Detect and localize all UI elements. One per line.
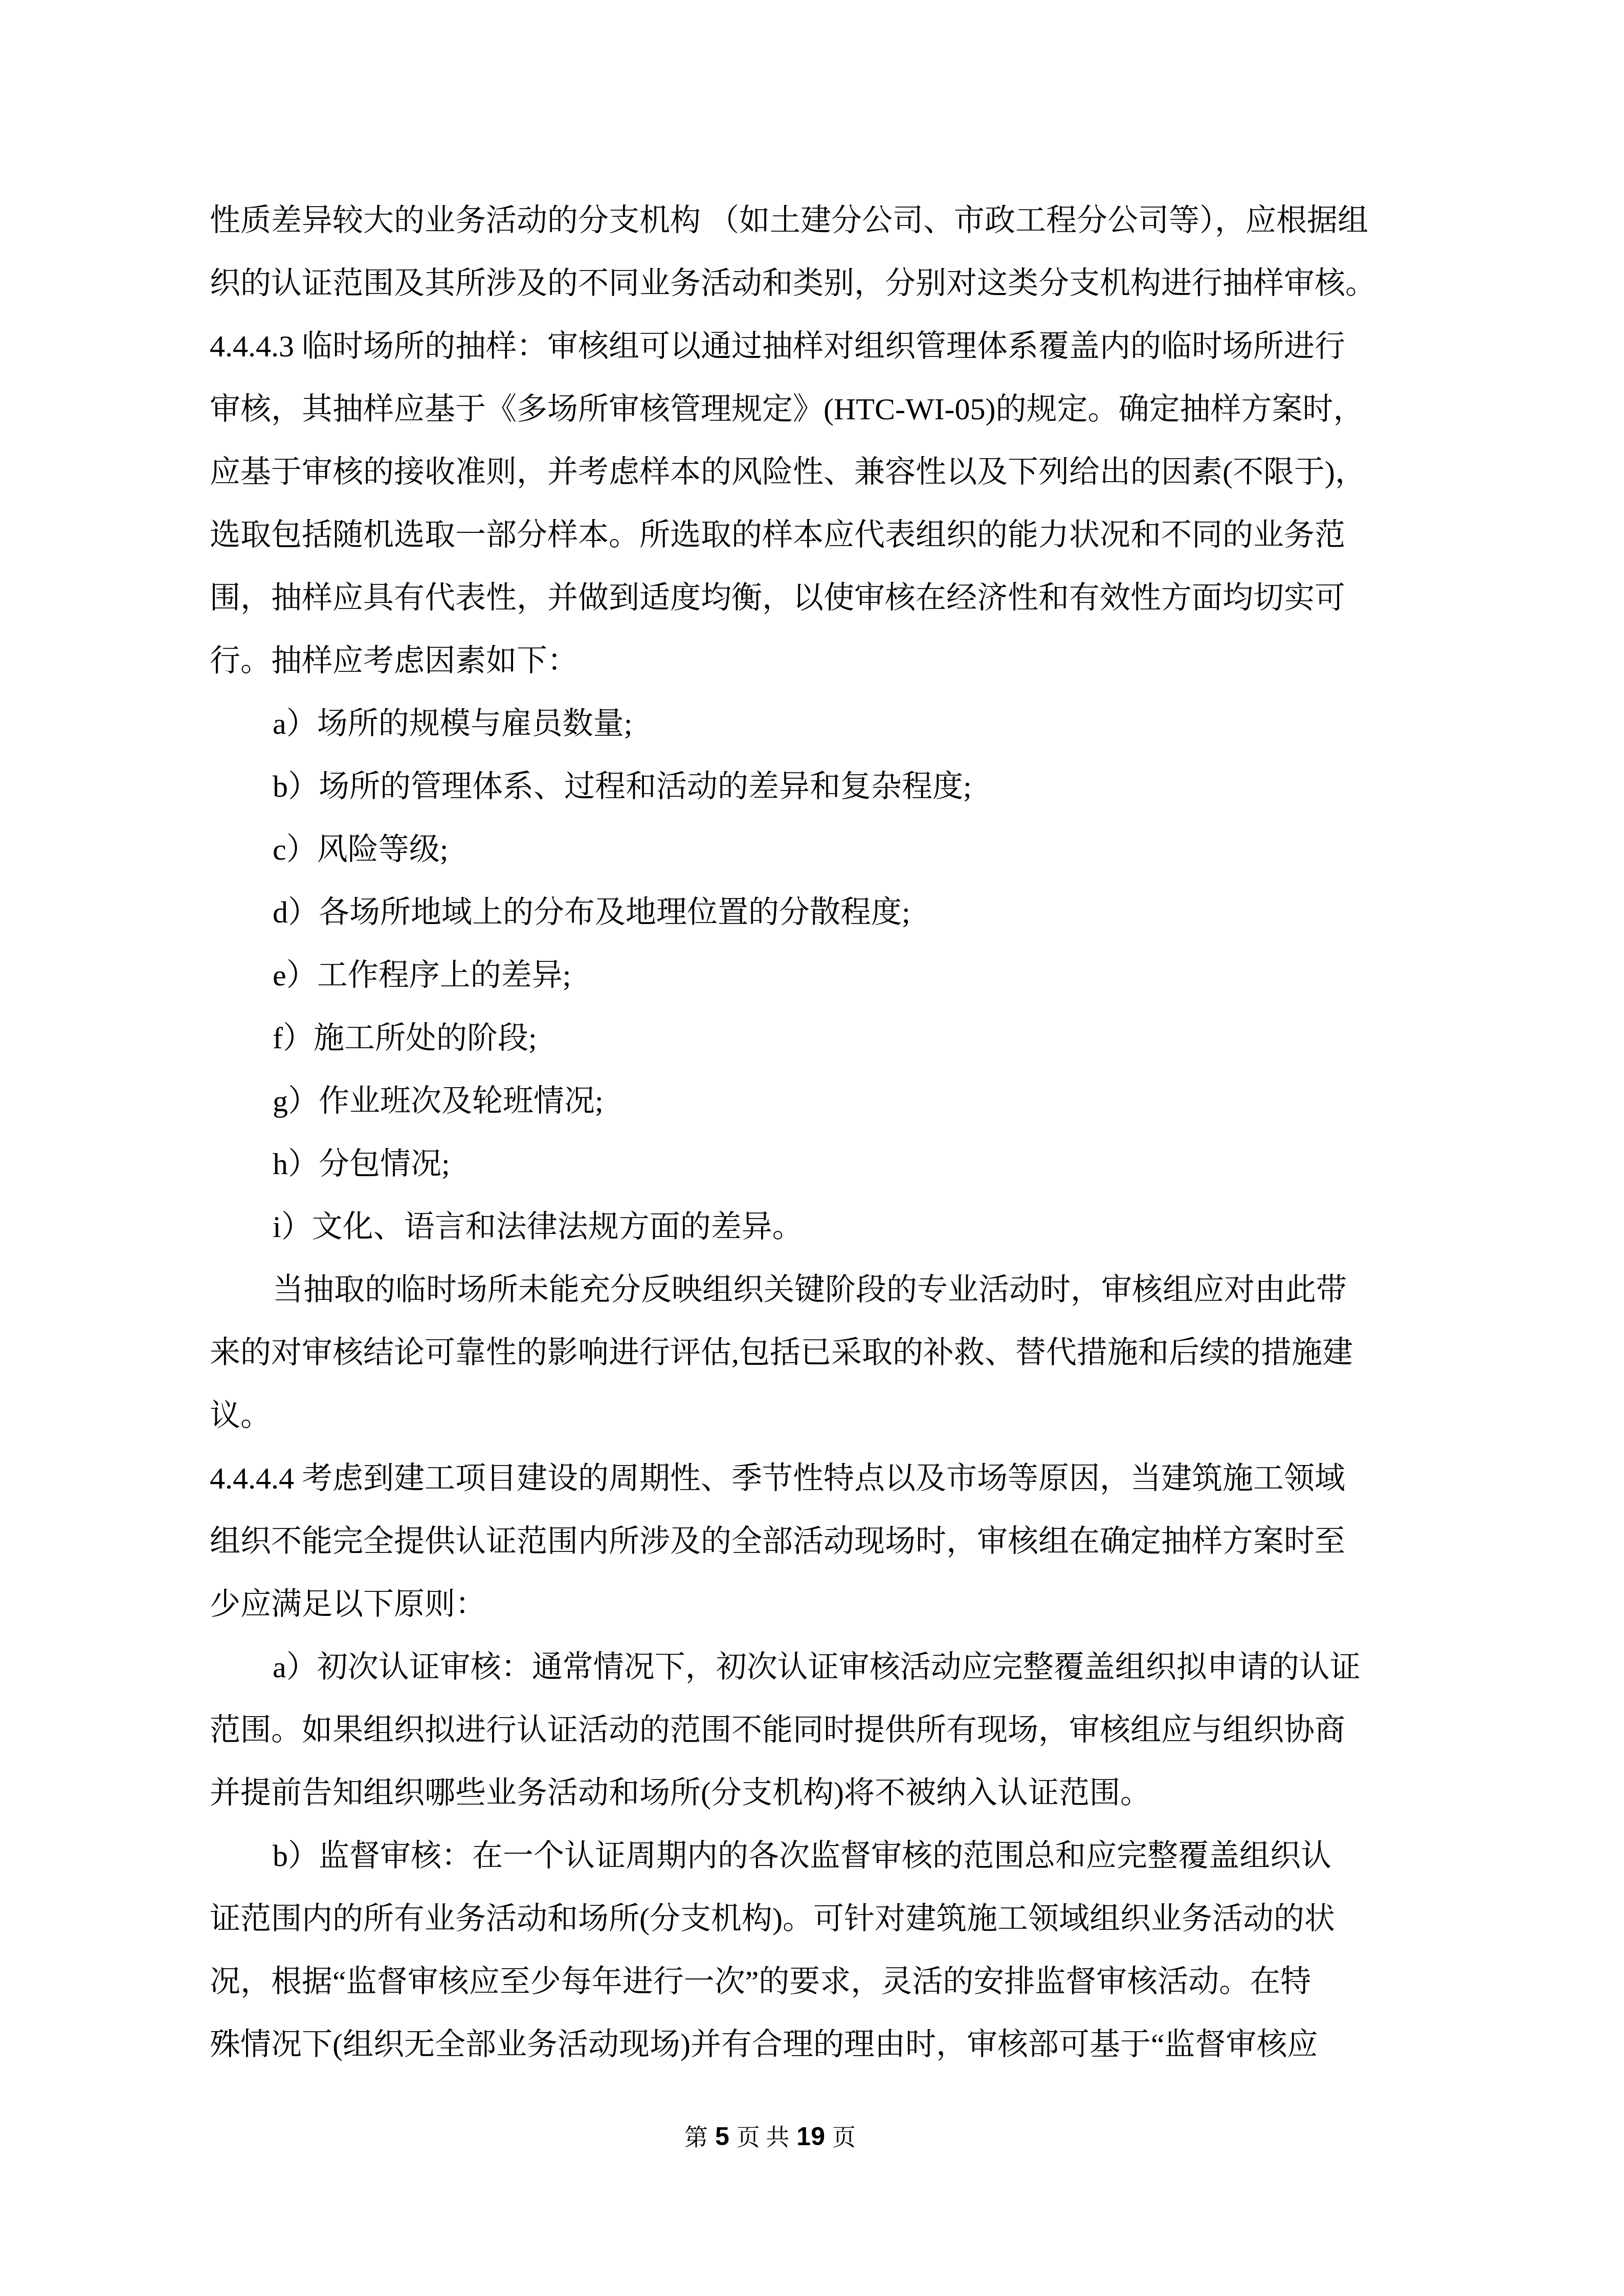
text-line: 织的认证范围及其所涉及的不同业务活动和类别，分别对这类分支机构进行抽样审核。 bbox=[210, 252, 1488, 315]
text-line: 并提前告知组织哪些业务活动和场所(分支机构)将不被纳入认证范围。 bbox=[210, 1762, 1488, 1825]
text-line: 况，根据“监督审核应至少每年进行一次”的要求，灵活的安排监督审核活动。在特 bbox=[210, 1950, 1488, 2013]
text-line: b）场所的管理体系、过程和活动的差异和复杂程度; bbox=[210, 755, 1488, 818]
text-line: 证范围内的所有业务活动和场所(分支机构)。可针对建筑施工领域组织业务活动的状 bbox=[210, 1887, 1488, 1950]
text-line: 少应满足以下原则： bbox=[210, 1573, 1488, 1636]
footer-total-pages: 19 bbox=[789, 2122, 832, 2151]
text-line: d）各场所地域上的分布及地理位置的分散程度; bbox=[210, 881, 1488, 944]
text-line: 4.4.4.4 考虑到建工项目建设的周期性、季节性特点以及市场等原因，当建筑施工… bbox=[210, 1447, 1488, 1510]
text-line: 议。 bbox=[210, 1384, 1488, 1447]
text-line: 来的对审核结论可靠性的影响进行评估,包括已采取的补救、替代措施和后续的措施建 bbox=[210, 1321, 1488, 1384]
text-line: e）工作程序上的差异; bbox=[210, 944, 1488, 1007]
document-page: 性质差异较大的业务活动的分支机构 （如土建分公司、市政工程分公司等），应根据组织… bbox=[0, 0, 1624, 2296]
text-line: f）施工所处的阶段; bbox=[210, 1007, 1488, 1070]
text-line: 殊情况下(组织无全部业务活动现场)并有合理的理由时，审核部可基于“监督审核应 bbox=[210, 2013, 1488, 2076]
text-line: g）作业班次及轮班情况; bbox=[210, 1070, 1488, 1133]
text-line: a）场所的规模与雇员数量; bbox=[210, 692, 1488, 755]
text-line: 性质差异较大的业务活动的分支机构 （如土建分公司、市政工程分公司等），应根据组 bbox=[210, 189, 1488, 252]
text-line: 审核，其抽样应基于《多场所审核管理规定》(HTC-WI-05)的规定。确定抽样方… bbox=[210, 378, 1488, 441]
text-line: 4.4.4.3 临时场所的抽样：审核组可以通过抽样对组织管理体系覆盖内的临时场所… bbox=[210, 315, 1488, 378]
text-line: 行。抽样应考虑因素如下： bbox=[210, 629, 1488, 692]
text-line: 范围。如果组织拟进行认证活动的范围不能同时提供所有现场，审核组应与组织协商 bbox=[210, 1699, 1488, 1762]
footer-infix-label: 页 共 bbox=[737, 2124, 790, 2150]
text-line: a）初次认证审核：通常情况下，初次认证审核活动应完整覆盖组织拟申请的认证 bbox=[210, 1636, 1488, 1699]
text-line: b）监督审核：在一个认证周期内的各次监督审核的范围总和应完整覆盖组织认 bbox=[210, 1825, 1488, 1887]
footer-page-number: 5 bbox=[708, 2122, 737, 2151]
text-line: h）分包情况; bbox=[210, 1133, 1488, 1196]
text-line: 选取包括随机选取一部分样本。所选取的样本应代表组织的能力状况和不同的业务范 bbox=[210, 504, 1488, 567]
text-line: 应基于审核的接收准则，并考虑样本的风险性、兼容性以及下列给出的因素(不限于)， bbox=[210, 441, 1488, 504]
text-line: 组织不能完全提供认证范围内所涉及的全部活动现场时，审核组在确定抽样方案时至 bbox=[210, 1510, 1488, 1573]
text-line: 围，抽样应具有代表性，并做到适度均衡，以使审核在经济性和有效性方面均切实可 bbox=[210, 567, 1488, 629]
page-footer-text: 第5页 共19页 bbox=[684, 2120, 856, 2154]
footer-suffix-label: 页 bbox=[832, 2124, 856, 2150]
text-line: 当抽取的临时场所未能充分反映组织关键阶段的专业活动时，审核组应对由此带 bbox=[210, 1258, 1488, 1321]
text-line: c）风险等级; bbox=[210, 818, 1488, 881]
text-line: i）文化、语言和法律法规方面的差异。 bbox=[210, 1196, 1488, 1258]
footer-prefix-label: 第 bbox=[684, 2124, 708, 2150]
document-body: 性质差异较大的业务活动的分支机构 （如土建分公司、市政工程分公司等），应根据组织… bbox=[210, 189, 1488, 2076]
page-footer: 第5页 共19页 bbox=[0, 2120, 1624, 2154]
